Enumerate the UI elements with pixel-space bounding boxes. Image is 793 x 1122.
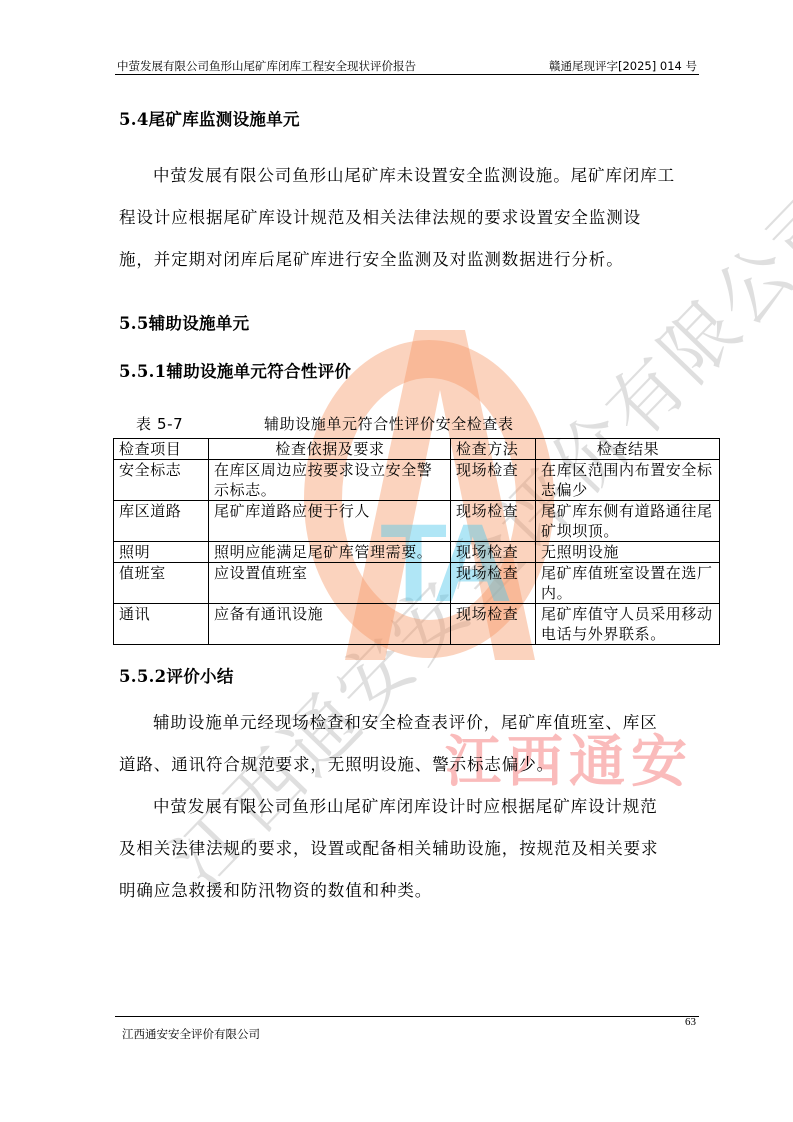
footer-divider [115, 1016, 699, 1017]
page-number: 63 [685, 1016, 696, 1028]
cell-result: 在库区范围内布置安全标志偏少 [536, 460, 720, 501]
cell-method: 现场检查 [451, 604, 536, 645]
paragraph-line: 明确应急救援和防汛物资的数值和种类。 [119, 870, 701, 912]
cell-result: 尾矿库东侧有道路通往尾矿坝坝顶。 [536, 501, 720, 542]
cell-method: 现场检查 [451, 542, 536, 563]
section-heading-5-5-1: 5.5.1辅助设施单元符合性评价 [119, 358, 351, 382]
section-heading-5-5: 5.5辅助设施单元 [119, 310, 249, 334]
cell-basis: 在库区周边应按要求设立安全警示标志。 [209, 460, 451, 501]
page-header: 中萤发展有限公司鱼形山尾矿库闭库工程安全现状评价报告 赣通尾现评字[2025] … [115, 56, 699, 75]
column-header: 检查方法 [451, 439, 536, 460]
column-header: 检查项目 [114, 439, 209, 460]
cell-basis: 应设置值班室 [209, 563, 451, 604]
section-heading-5-5-2: 5.5.2评价小结 [119, 663, 234, 687]
cell-item: 值班室 [114, 563, 209, 604]
header-doc-number: 赣通尾现评字[2025] 014 号 [549, 58, 697, 74]
cell-item: 库区道路 [114, 501, 209, 542]
cell-basis: 照明应能满足尾矿库管理需要。 [209, 542, 451, 563]
section-5-4-paragraph: 中萤发展有限公司鱼形山尾矿库未设置安全监测设施。尾矿库闭库工 程设计应根据尾矿库… [119, 155, 701, 281]
cell-item: 照明 [114, 542, 209, 563]
table-row: 通讯 应备有通讯设施 现场检查 尾矿库值守人员采用移动电话与外界联系。 [114, 604, 720, 645]
table-caption-title: 辅助设施单元符合性评价安全检查表 [264, 415, 514, 433]
cell-method: 现场检查 [451, 501, 536, 542]
cell-item: 通讯 [114, 604, 209, 645]
cell-result: 无照明设施 [536, 542, 720, 563]
section-5-5-2-paragraph-2: 中萤发展有限公司鱼形山尾矿库闭库设计时应根据尾矿库设计规范 及相关法律法规的要求… [119, 786, 701, 912]
cell-method: 现场检查 [451, 460, 536, 501]
page-content: 中萤发展有限公司鱼形山尾矿库闭库工程安全现状评价报告 赣通尾现评字[2025] … [0, 0, 793, 1122]
footer-company: 江西通安安全评价有限公司 [122, 1026, 260, 1042]
paragraph-line: 道路、通讯符合规范要求，无照明设施、警示标志偏少。 [119, 744, 701, 786]
header-report-title: 中萤发展有限公司鱼形山尾矿库闭库工程安全现状评价报告 [117, 58, 416, 74]
safety-checklist-table: 检查项目 检查依据及要求 检查方法 检查结果 安全标志 在库区周边应按要求设立安… [113, 438, 720, 645]
cell-method: 现场检查 [451, 563, 536, 604]
table-caption-number: 表 5-7 [136, 413, 264, 434]
section-5-5-2-paragraph-1: 辅助设施单元经现场检查和安全检查表评价，尾矿库值班室、库区 道路、通讯符合规范要… [119, 702, 701, 786]
paragraph-line: 中萤发展有限公司鱼形山尾矿库闭库设计时应根据尾矿库设计规范 [119, 786, 701, 828]
paragraph-line: 程设计应根据尾矿库设计规范及相关法律法规的要求设置安全监测设 [119, 197, 701, 239]
paragraph-line: 辅助设施单元经现场检查和安全检查表评价，尾矿库值班室、库区 [119, 702, 701, 744]
table-row: 库区道路 尾矿库道路应便于行人 现场检查 尾矿库东侧有道路通往尾矿坝坝顶。 [114, 501, 720, 542]
column-header: 检查结果 [536, 439, 720, 460]
cell-basis: 应备有通讯设施 [209, 604, 451, 645]
cell-item: 安全标志 [114, 460, 209, 501]
table-caption: 表 5-7辅助设施单元符合性评价安全检查表 [136, 413, 514, 434]
cell-basis: 尾矿库道路应便于行人 [209, 501, 451, 542]
section-heading-5-4: 5.4尾矿库监测设施单元 [119, 106, 300, 130]
table-row: 照明 照明应能满足尾矿库管理需要。 现场检查 无照明设施 [114, 542, 720, 563]
table-row: 安全标志 在库区周边应按要求设立安全警示标志。 现场检查 在库区范围内布置安全标… [114, 460, 720, 501]
paragraph-line: 中萤发展有限公司鱼形山尾矿库未设置安全监测设施。尾矿库闭库工 [119, 155, 701, 197]
paragraph-line: 施，并定期对闭库后尾矿库进行安全监测及对监测数据进行分析。 [119, 239, 701, 281]
table-row: 值班室 应设置值班室 现场检查 尾矿库值班室设置在选厂内。 [114, 563, 720, 604]
cell-result: 尾矿库值班室设置在选厂内。 [536, 563, 720, 604]
cell-result: 尾矿库值守人员采用移动电话与外界联系。 [536, 604, 720, 645]
paragraph-line: 及相关法律法规的要求，设置或配备相关辅助设施，按规范及相关要求 [119, 828, 701, 870]
column-header: 检查依据及要求 [209, 439, 451, 460]
table-header-row: 检查项目 检查依据及要求 检查方法 检查结果 [114, 439, 720, 460]
